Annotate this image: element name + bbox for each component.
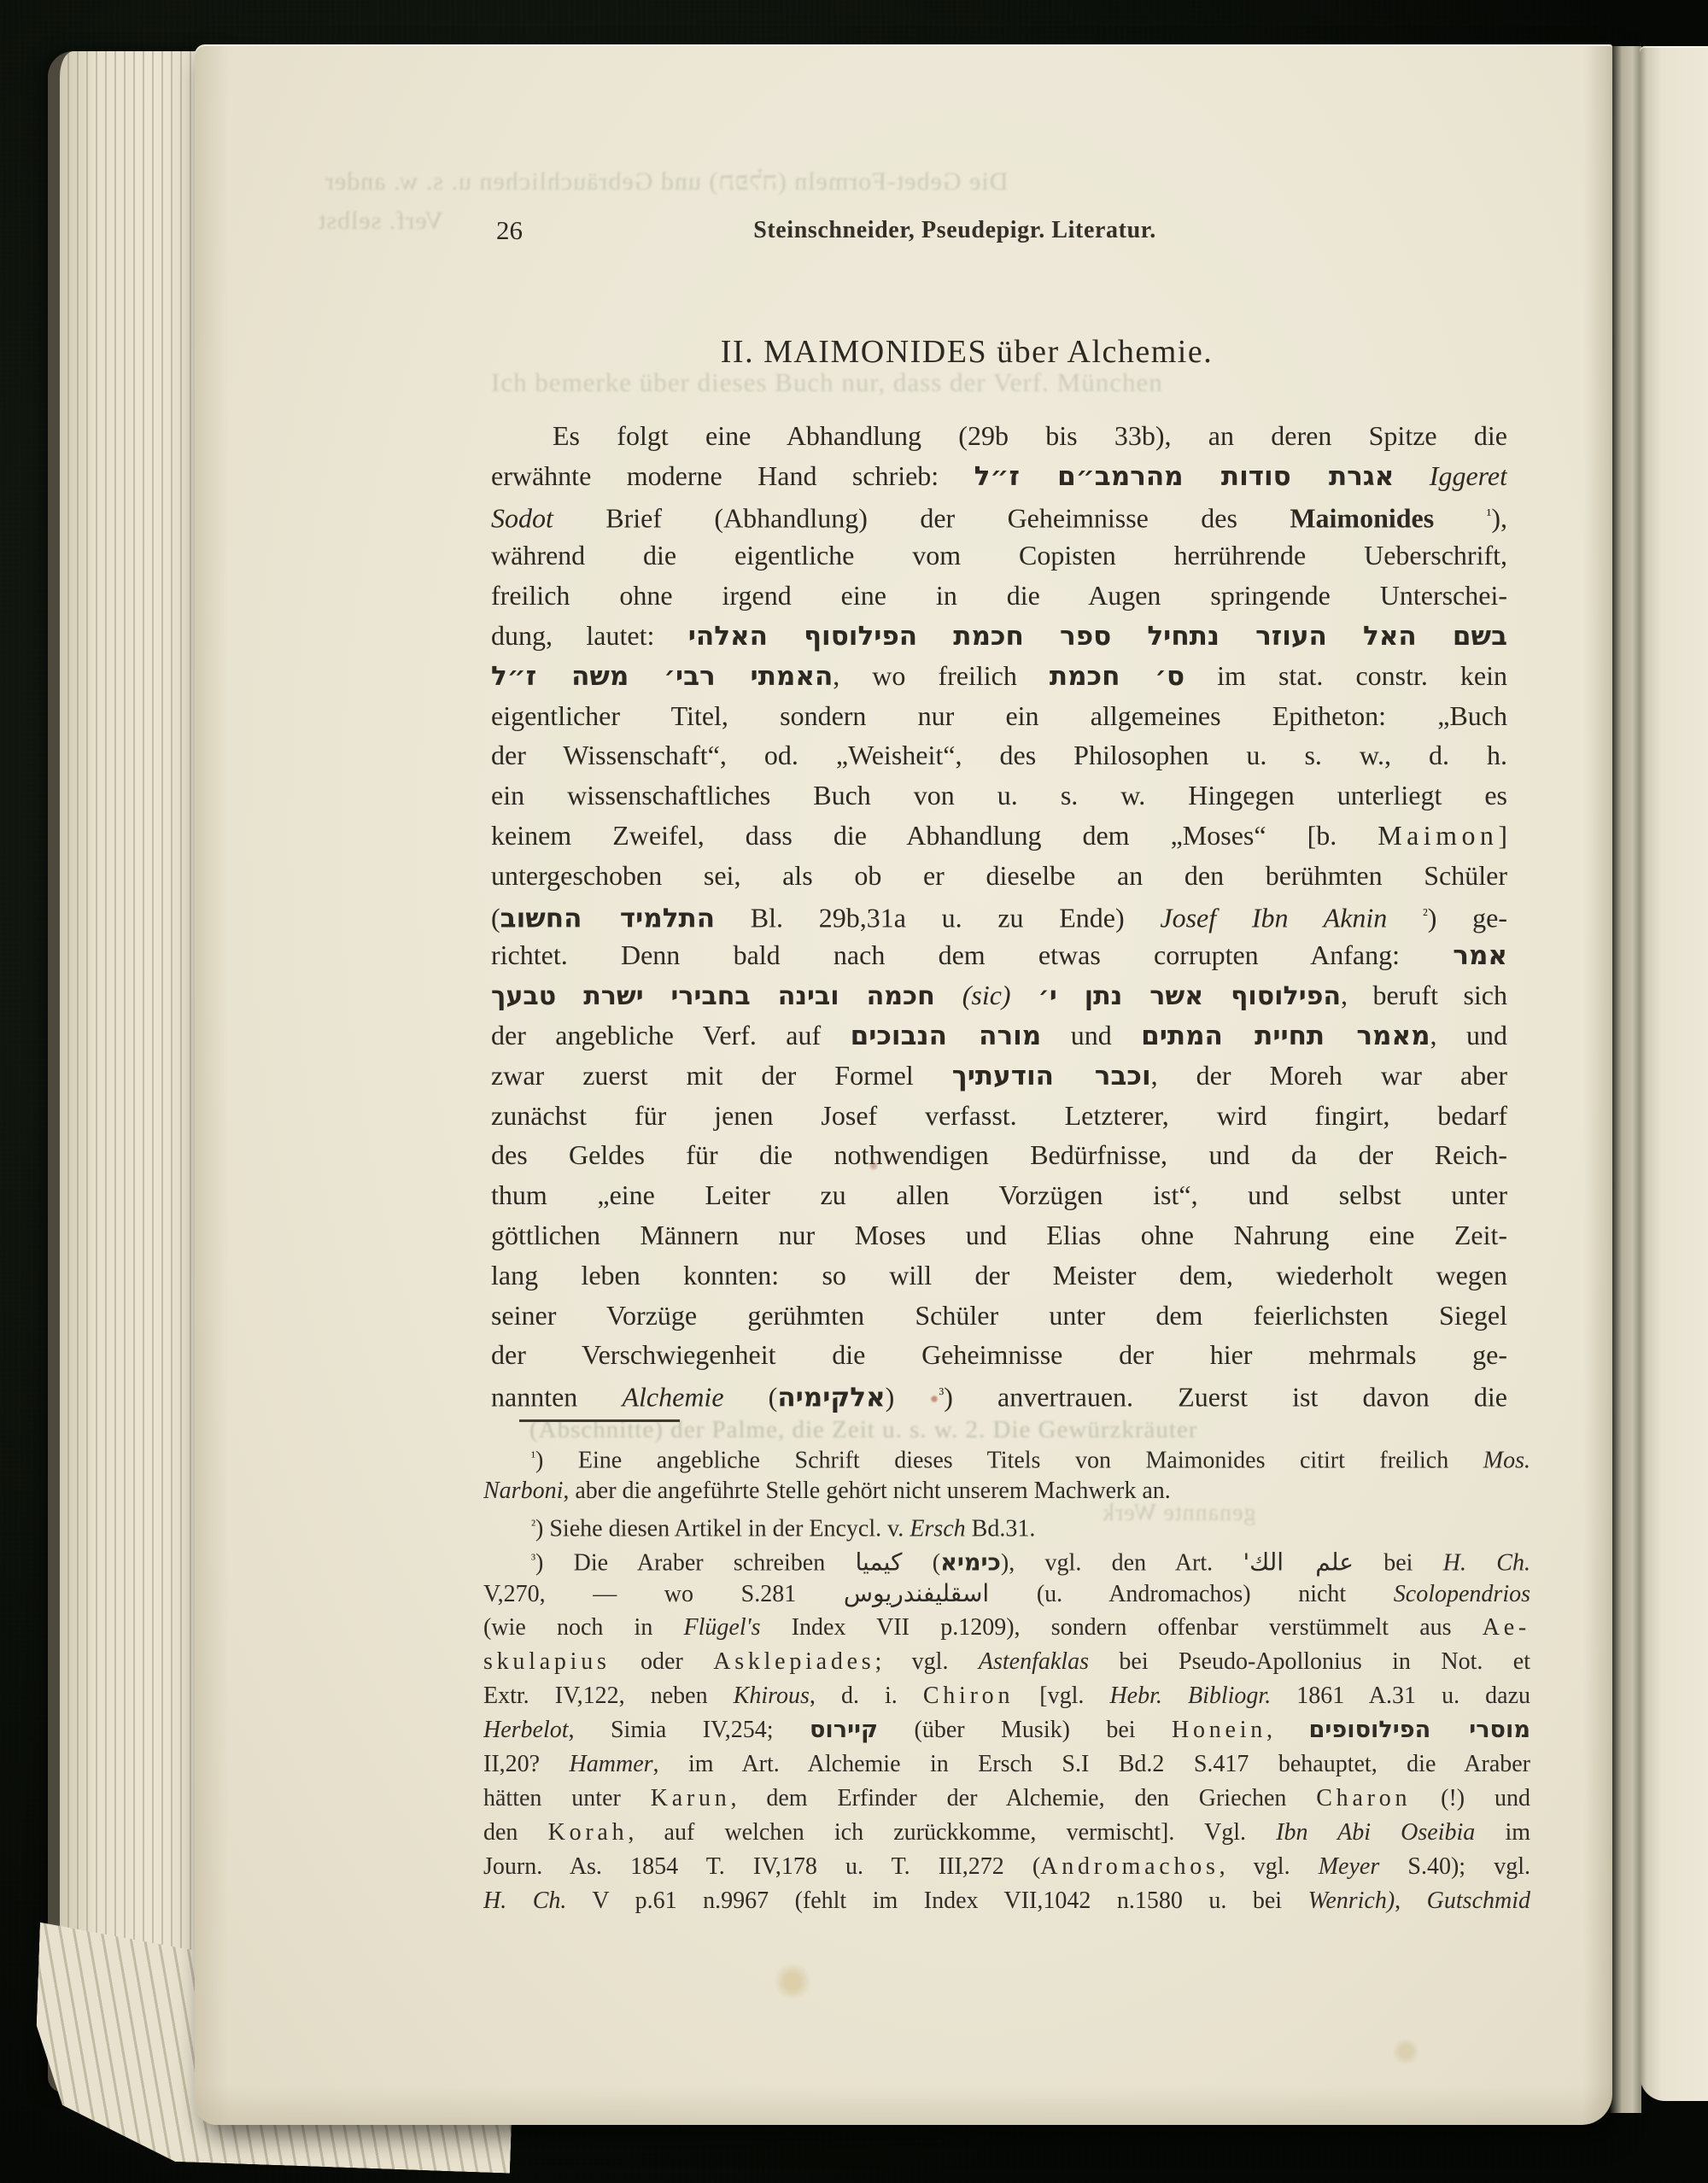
page-number: 26 bbox=[496, 215, 523, 246]
body-line: der Verschwiegenheit die Geheimnisse der… bbox=[491, 1335, 1507, 1375]
footnote-line: ³) Die Araber schreiben كيميا (כימיא), v… bbox=[483, 1542, 1530, 1577]
body-line: lang leben konnten: so will der Meister … bbox=[491, 1255, 1507, 1296]
body-line: des Geldes für die nothwendigen Bedürfni… bbox=[491, 1135, 1507, 1175]
footnote-line: Extr. IV,122, neben Khirous, d. i. Chiro… bbox=[483, 1679, 1530, 1713]
running-title: Steinschneider, Pseudepigr. Literatur. bbox=[491, 217, 1507, 244]
body-line: eigentlicher Titel, sondern nur ein allg… bbox=[491, 696, 1507, 736]
page-gutter-shadow bbox=[1609, 46, 1641, 2113]
footnote-line: ¹) Eine angebliche Schrift dieses Titels… bbox=[483, 1440, 1530, 1474]
body-line: הפילוסוף אשר נתן י׳ (sic) חכמה ובינה בחב… bbox=[491, 975, 1507, 1015]
body-line: seiner Vorzüge gerühmten Schüler unter d… bbox=[491, 1296, 1507, 1336]
bleedthrough-text: Verf. selbst bbox=[318, 207, 443, 236]
footnote-rule bbox=[519, 1419, 680, 1422]
body-line: ein wissenschaftliches Buch von u. s. w.… bbox=[491, 775, 1507, 816]
body-line: untergeschoben sei, als ob er dieselbe a… bbox=[491, 856, 1507, 896]
bleedthrough-text: Ich bemerke über dieses Buch nur, dass d… bbox=[491, 367, 1163, 398]
body-line: der Wissenschaft“, od. „Weisheit“, des P… bbox=[491, 735, 1507, 775]
body-line: Sodot Brief (Abhandlung) der Geheimnisse… bbox=[491, 496, 1507, 536]
footnote-line: skulapius oder Asklepiades; vgl. Astenfa… bbox=[483, 1645, 1530, 1679]
footnotes: ¹) Eine angebliche Schrift dieses Titels… bbox=[483, 1440, 1530, 1918]
body-line: thum „eine Leiter zu allen Vorzügen ist“… bbox=[491, 1175, 1507, 1215]
footnote-line: Narboni, aber die angeführte Stelle gehö… bbox=[483, 1474, 1530, 1508]
body-line: zunächst für jenen Josef verfasst. Letzt… bbox=[491, 1096, 1507, 1136]
section-heading: II. MAIMONIDES über Alchemie. bbox=[491, 333, 1507, 371]
footnote-line: den Korah, auf welchen ich zurückkomme, … bbox=[483, 1816, 1530, 1850]
footnote-line: II,20? Hammer, im Art. Alchemie in Ersch… bbox=[483, 1747, 1530, 1782]
footnote-line: Herbelot, Simia IV,254; קיירוס (über Mus… bbox=[483, 1713, 1530, 1747]
bleedthrough-text: (Abschnitte) der Palme, die Zeit u. s. w… bbox=[529, 1416, 1197, 1444]
body-line: Es folgt eine Abhandlung (29b bis 33b), … bbox=[491, 416, 1507, 456]
body-line: zwar zuerst mit der Formel וכבר הודעתיך,… bbox=[491, 1056, 1507, 1096]
footnote-line: H. Ch. V p.61 n.9967 (fehlt im Index VII… bbox=[483, 1884, 1530, 1918]
bleedthrough-text: genannte Werk bbox=[1102, 1500, 1256, 1527]
body-line: nannten Alchemie (אלקימיה) ³) anvertraue… bbox=[491, 1375, 1507, 1415]
body-line: während die eigentliche vom Copisten her… bbox=[491, 536, 1507, 576]
footnote-line: Journ. As. 1854 T. IV,178 u. T. III,272 … bbox=[483, 1850, 1530, 1884]
body-line: der angebliche Verf. auf מורה הנבוכים un… bbox=[491, 1015, 1507, 1056]
body-line: freilich ohne irgend eine in die Augen s… bbox=[491, 576, 1507, 616]
footnote-line: V,270, — wo S.281 اسقليفندريوس (u. Andro… bbox=[483, 1577, 1530, 1611]
body-line: erwähnte moderne Hand schrieb: אגרת סודו… bbox=[491, 456, 1507, 496]
body-line: dung, lautet: בשם האל העוזר נתחיל ספר חכ… bbox=[491, 616, 1507, 656]
book-page: Die Gebet-Formeln (תפלה) und Gebräuchlic… bbox=[195, 44, 1612, 2125]
bleedthrough-text: Die Gebet-Formeln (תפלה) und Gebräuchlic… bbox=[325, 167, 1008, 196]
footnote-line: ²) Siehe diesen Artikel in der Encycl. v… bbox=[483, 1508, 1530, 1542]
body-line: (התלמיד החשוב Bl. 29b,31a u. zu Ende) Jo… bbox=[491, 896, 1507, 936]
book-scan-background: Die Gebet-Formeln (תפלה) und Gebräuchlic… bbox=[0, 0, 1708, 2183]
footnote-line: hätten unter Karun, dem Erfinder der Alc… bbox=[483, 1782, 1530, 1816]
bleedthrough-layer: Die Gebet-Formeln (תפלה) und Gebräuchlic… bbox=[0, 0, 1708, 2183]
body-line: richtet. Denn bald nach dem etwas corrup… bbox=[491, 935, 1507, 975]
next-page-edge bbox=[1640, 46, 1708, 2101]
body-text: Es folgt eine Abhandlung (29b bis 33b), … bbox=[491, 416, 1507, 1415]
body-line: göttlichen Männern nur Moses und Elias o… bbox=[491, 1215, 1507, 1255]
body-line: keinem Zweifel, dass die Abhandlung dem … bbox=[491, 816, 1507, 856]
page-header: 26 Steinschneider, Pseudepigr. Literatur… bbox=[491, 214, 1507, 249]
footnote-line: (wie noch in Flügel's Index VII p.1209),… bbox=[483, 1611, 1530, 1645]
body-line: האמתי רבי׳ משה ז״ל, wo freilich ס׳ חכמת … bbox=[491, 656, 1507, 696]
